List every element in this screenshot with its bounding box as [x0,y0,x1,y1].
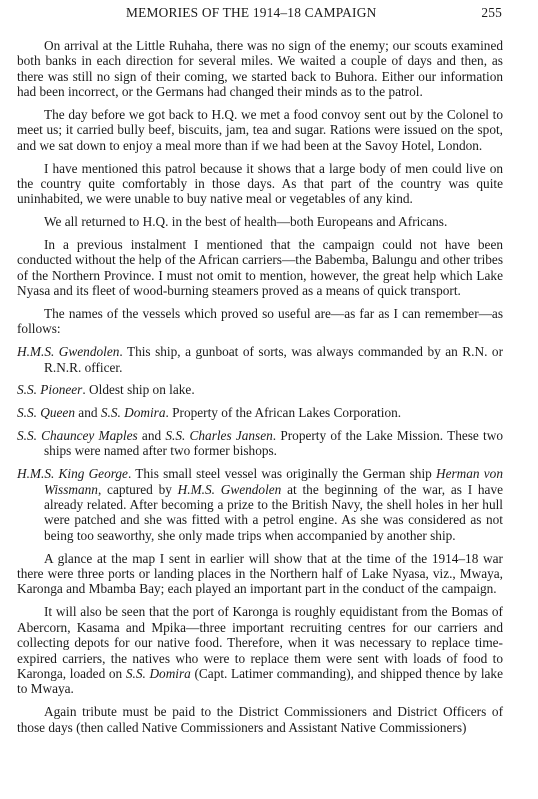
vessel-name: H.M.S. Gwendolen [17,344,119,359]
document-page: MEMORIES OF THE 1914–18 CAMPAIGN 255 On … [0,0,538,799]
paragraph: I have mentioned this patrol because it … [17,161,503,207]
vessel-name: H.M.S. King George [17,466,128,481]
vessel-name: S.S. Charles Jansen [165,428,272,443]
vessel-entry: H.M.S. Gwendolen. This ship, a gunboat o… [17,344,503,375]
running-title: MEMORIES OF THE 1914–18 CAMPAIGN [126,5,376,21]
vessel-entry: H.M.S. King George. This small steel ves… [17,466,503,543]
vessel-name: S.S. Chauncey Maples [17,428,138,443]
paragraph: The names of the vessels which proved so… [17,306,503,337]
paragraph: A glance at the map I sent in earlier wi… [17,551,503,597]
paragraph: Again tribute must be paid to the Distri… [17,704,503,735]
vessel-name: S.S. Domira [101,405,166,420]
page-number: 255 [481,5,502,21]
paragraph: In a previous instalment I mentioned tha… [17,237,503,299]
paragraph: It will also be seen that the port of Ka… [17,604,503,696]
paragraph: On arrival at the Little Ruhaha, there w… [17,38,503,100]
vessel-entry: S.S. Pioneer. Oldest ship on lake. [17,382,503,397]
vessel-entry: S.S. Chauncey Maples and S.S. Charles Ja… [17,428,503,459]
vessel-entry: S.S. Queen and S.S. Domira. Property of … [17,405,503,420]
paragraph: We all returned to H.Q. in the best of h… [17,214,503,229]
paragraph: The day before we got back to H.Q. we me… [17,107,503,153]
vessel-name: S.S. Pioneer [17,382,82,397]
page-header: MEMORIES OF THE 1914–18 CAMPAIGN 255 [0,5,538,23]
page-body: On arrival at the Little Ruhaha, there w… [17,38,503,742]
vessel-name: S.S. Queen [17,405,75,420]
